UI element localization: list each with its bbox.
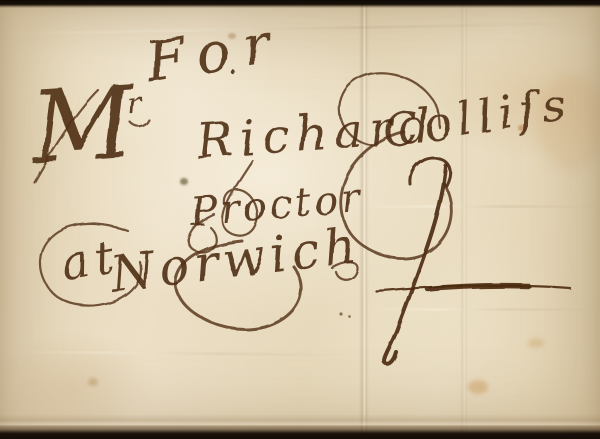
letter-cover-photo: 7 For M r Richard Colliſs Proctor at Nor…	[0, 0, 600, 439]
rate-bar-thick	[428, 286, 528, 289]
addressee-surname: Colliſs	[379, 76, 575, 159]
handwriting-ink-layer: For M r Richard Colliſs Proctor at Norwi…	[0, 0, 600, 439]
ink-period-dot	[232, 71, 236, 75]
rate-7-stem	[384, 166, 446, 364]
postal-rate-mark-7	[376, 157, 570, 363]
letter-bottom-edge-shadow	[0, 425, 600, 439]
addressee-title-superscript: r	[125, 85, 145, 121]
letter-top-edge-shadow	[0, 0, 600, 8]
address-salutation: For	[141, 10, 289, 96]
ink-speck	[339, 312, 342, 315]
ink-speck	[349, 316, 352, 319]
